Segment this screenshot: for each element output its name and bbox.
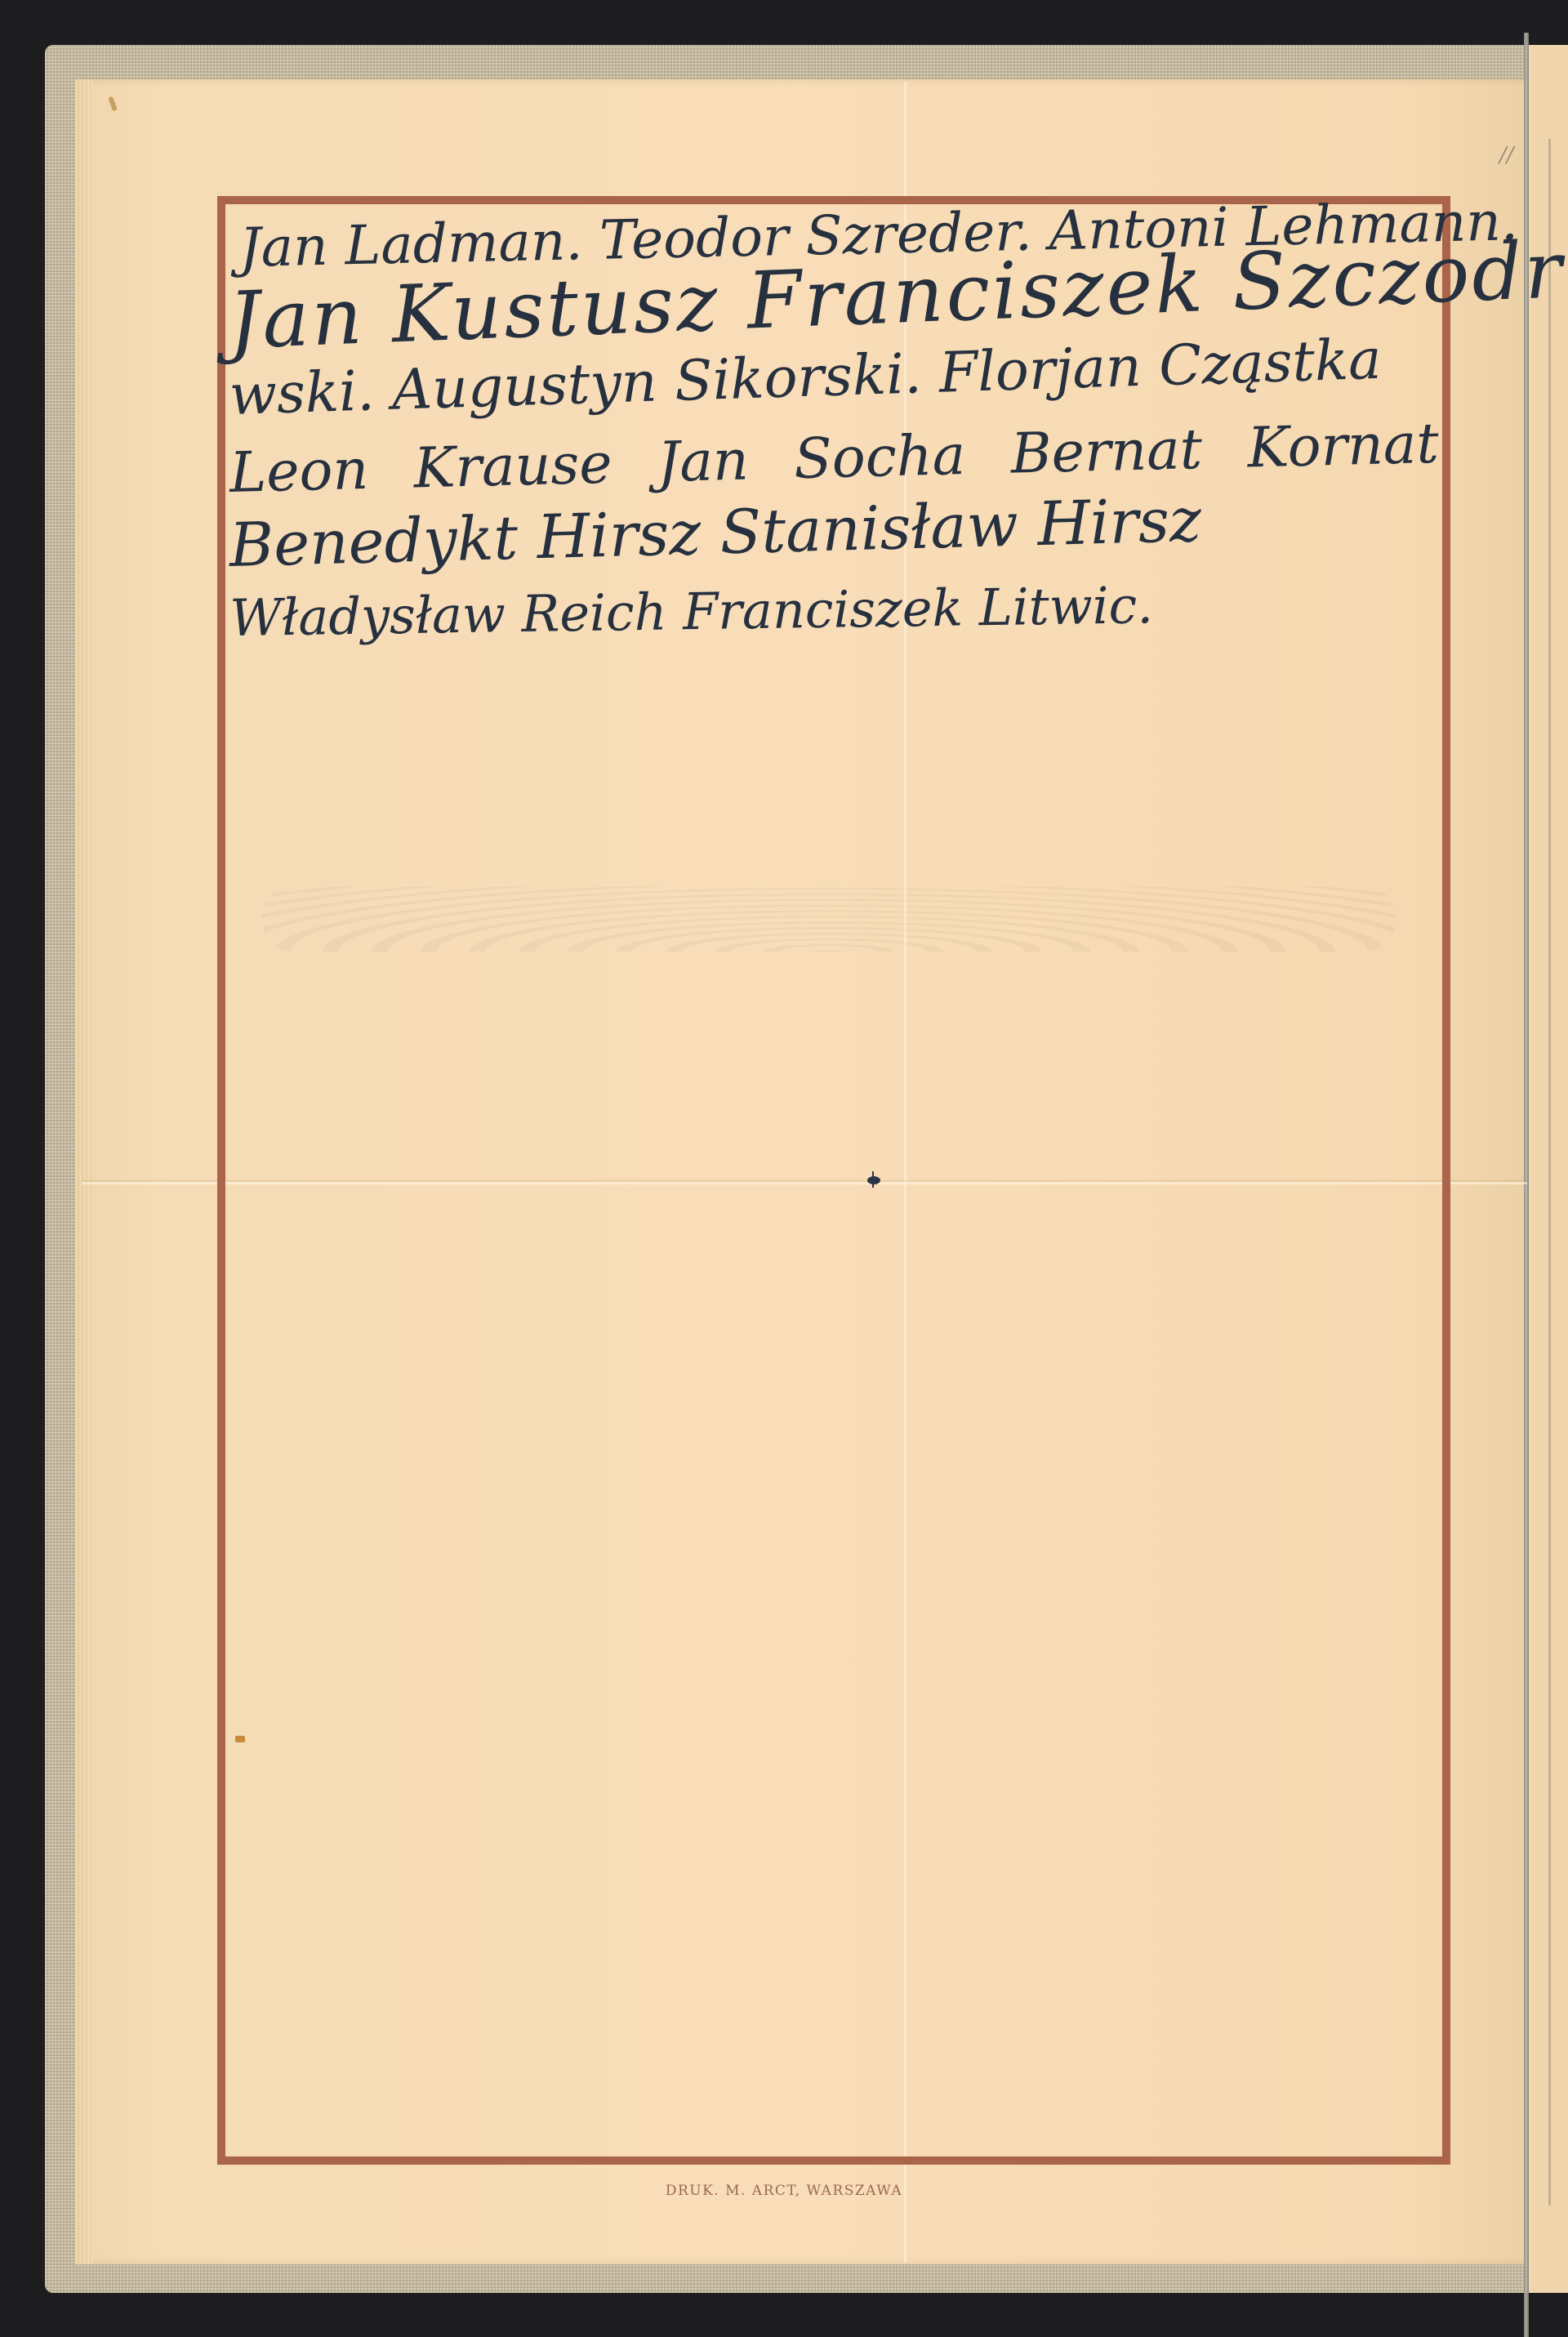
page-stack-edge (75, 79, 93, 2264)
glass-plate-edge (1524, 33, 1529, 2337)
adjacent-page-ornament (1548, 139, 1568, 2205)
ink-blot (867, 1176, 880, 1184)
frame-stain (235, 1736, 245, 1742)
printer-imprint: DRUK. M. ARCT, WARSZAWA (0, 2183, 1568, 2199)
pencil-margin-mark: // (1499, 143, 1514, 167)
adjacent-page-strip (1529, 45, 1568, 2293)
